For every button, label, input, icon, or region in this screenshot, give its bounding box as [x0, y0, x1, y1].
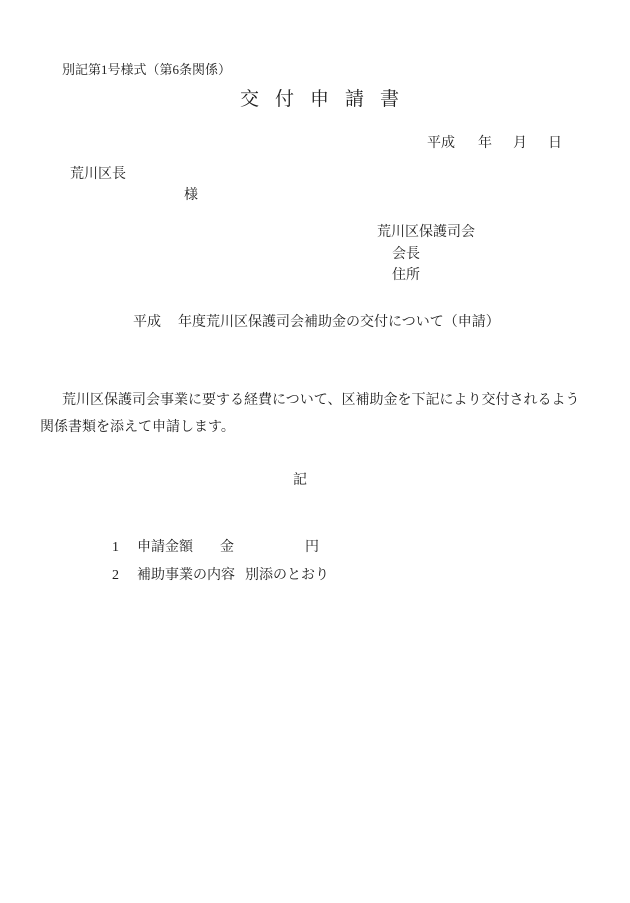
date-year-label: 年	[478, 136, 492, 151]
amount-suffix-label: 円	[305, 540, 319, 555]
sender-address-label: 住所	[392, 267, 420, 285]
list-marker: 記	[293, 472, 307, 490]
item-label: 申請金額	[137, 540, 193, 555]
body-text-line-2: 関係書類を添えて申請します。	[40, 419, 235, 437]
sender-organization: 荒川区保護司会	[377, 224, 475, 242]
list-item-project-detail: 2補助事業の内容別添のとおり	[112, 567, 329, 585]
addressee-honorific: 様	[184, 187, 198, 205]
subject-line: 平成年度荒川区保護司会補助金の交付について（申請）	[133, 314, 500, 332]
item-label: 補助事業の内容	[137, 568, 235, 583]
subject-era-label: 平成	[133, 315, 161, 330]
sender-title-label: 会長	[392, 246, 420, 264]
date-line: 平成年月日	[427, 135, 562, 153]
amount-prefix-label: 金	[220, 540, 234, 555]
addressee-name: 荒川区長	[70, 166, 126, 184]
date-era-label: 平成	[427, 136, 455, 151]
date-month-label: 月	[513, 136, 527, 151]
item-number: 2	[112, 568, 119, 583]
document-page: { "colors": { "page_background": "#fffff…	[0, 0, 630, 903]
list-item-amount: 1申請金額金円	[112, 539, 319, 557]
body-text-line-1: 荒川区保護司会事業に要する経費について、区補助金を下記により交付されるよう	[40, 392, 579, 410]
item-value: 別添のとおり	[245, 568, 329, 583]
form-number-label: 別記第1号様式（第6条関係）	[62, 62, 231, 78]
subject-text: 年度荒川区保護司会補助金の交付について（申請）	[178, 315, 500, 330]
date-day-label: 日	[548, 136, 562, 151]
item-number: 1	[112, 540, 119, 555]
document-title: 交付申請書	[240, 88, 415, 112]
